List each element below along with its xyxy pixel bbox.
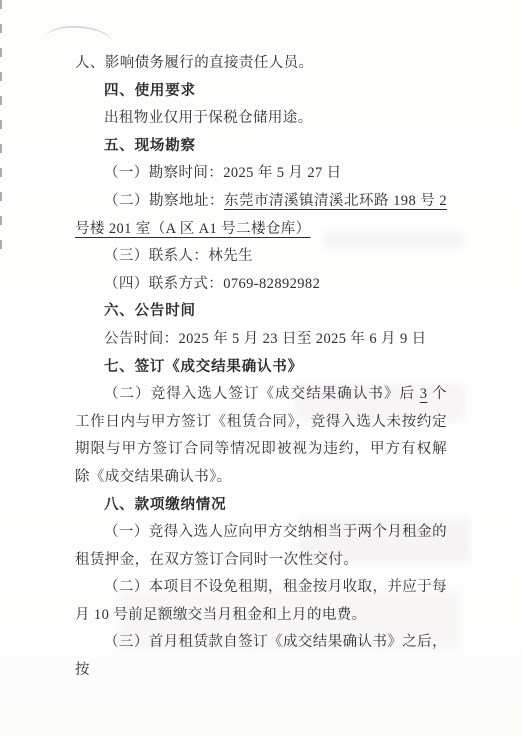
- paragraph-first-month-rent: （三）首月租赁款自签订《成交结果确认书》之后，按: [75, 629, 447, 684]
- paragraph-contact-phone: （四）联系方式：0769-82892982: [75, 271, 447, 299]
- text-segment: 六、公告时间: [104, 303, 196, 319]
- text-segment: 四、使用要求: [104, 83, 196, 99]
- text-segment: （四）联系方式：0769-82892982: [104, 276, 320, 292]
- text-segment: （二）本项目不设免租期，租金按月收取，并应于每月 10 号前足额缴交当月租金和上…: [75, 579, 447, 623]
- section-heading-7: 七、签订《成交结果确认书》: [75, 354, 447, 382]
- text-segment: 七、签订《成交结果确认书》: [104, 359, 303, 375]
- paragraph-deposit: （一）竞得入选人应向甲方交纳相当于两个月租金的租赁押金，在双方签订合同时一次性交…: [75, 519, 447, 574]
- text-segment: 公告时间：2025 年 5 月 23 日至 2025 年 6 月 9 日: [104, 331, 427, 347]
- text-segment: （一）勘察时间：2025 年 5 月 27 日: [104, 165, 342, 181]
- section-heading-4: 四、使用要求: [75, 78, 447, 106]
- paragraph-survey-time: （一）勘察时间：2025 年 5 月 27 日: [75, 160, 447, 188]
- text-segment: 出租物业仅用于保税仓储用途。: [104, 110, 313, 126]
- document-page: { "page": { "type": "scanned-document-pa…: [0, 0, 521, 736]
- document-body: 人、影响债务履行的直接责任人员。 四、使用要求 出租物业仅用于保税仓储用途。 五…: [75, 50, 447, 685]
- section-heading-5: 五、现场勘察: [75, 133, 447, 161]
- paragraph-continuation: 人、影响债务履行的直接责任人员。: [75, 50, 447, 78]
- paragraph-announcement-period: 公告时间：2025 年 5 月 23 日至 2025 年 6 月 9 日: [75, 326, 447, 354]
- paragraph-survey-address: （二）勘察地址：东莞市清溪镇清溪北环路 198 号 2 号楼 201 室（A 区…: [75, 188, 447, 243]
- section-heading-8: 八、款项缴纳情况: [75, 492, 447, 520]
- paragraph-contract-signing: （二）竞得入选人签订《成交结果确认书》后 3 个工作日内与甲方签订《租赁合同》，…: [75, 381, 447, 491]
- text-segment: （二）竞得入选人签订《成交结果确认书》后: [104, 386, 420, 402]
- paragraph-contact-person: （三）联系人：林先生: [75, 243, 447, 271]
- text-segment: （三）联系人：林先生: [104, 248, 253, 264]
- paragraph: 出租物业仅用于保税仓储用途。: [75, 105, 447, 133]
- text-segment: 五、现场勘察: [104, 138, 196, 154]
- text-segment: （二）勘察地址：: [104, 193, 224, 209]
- text-segment: 人、影响债务履行的直接责任人员。: [75, 55, 313, 71]
- scan-edge-artifact: [0, 0, 2, 255]
- text-segment: 八、款项缴纳情况: [104, 497, 226, 513]
- section-heading-6: 六、公告时间: [75, 298, 447, 326]
- text-segment: （一）竞得入选人应向甲方交纳相当于两个月租金的租赁押金，在双方签订合同时一次性交…: [75, 524, 447, 568]
- paragraph-rent-terms: （二）本项目不设免租期，租金按月收取，并应于每月 10 号前足额缴交当月租金和上…: [75, 574, 447, 629]
- text-segment: （三）首月租赁款自签订《成交结果确认书》之后，按: [75, 634, 447, 678]
